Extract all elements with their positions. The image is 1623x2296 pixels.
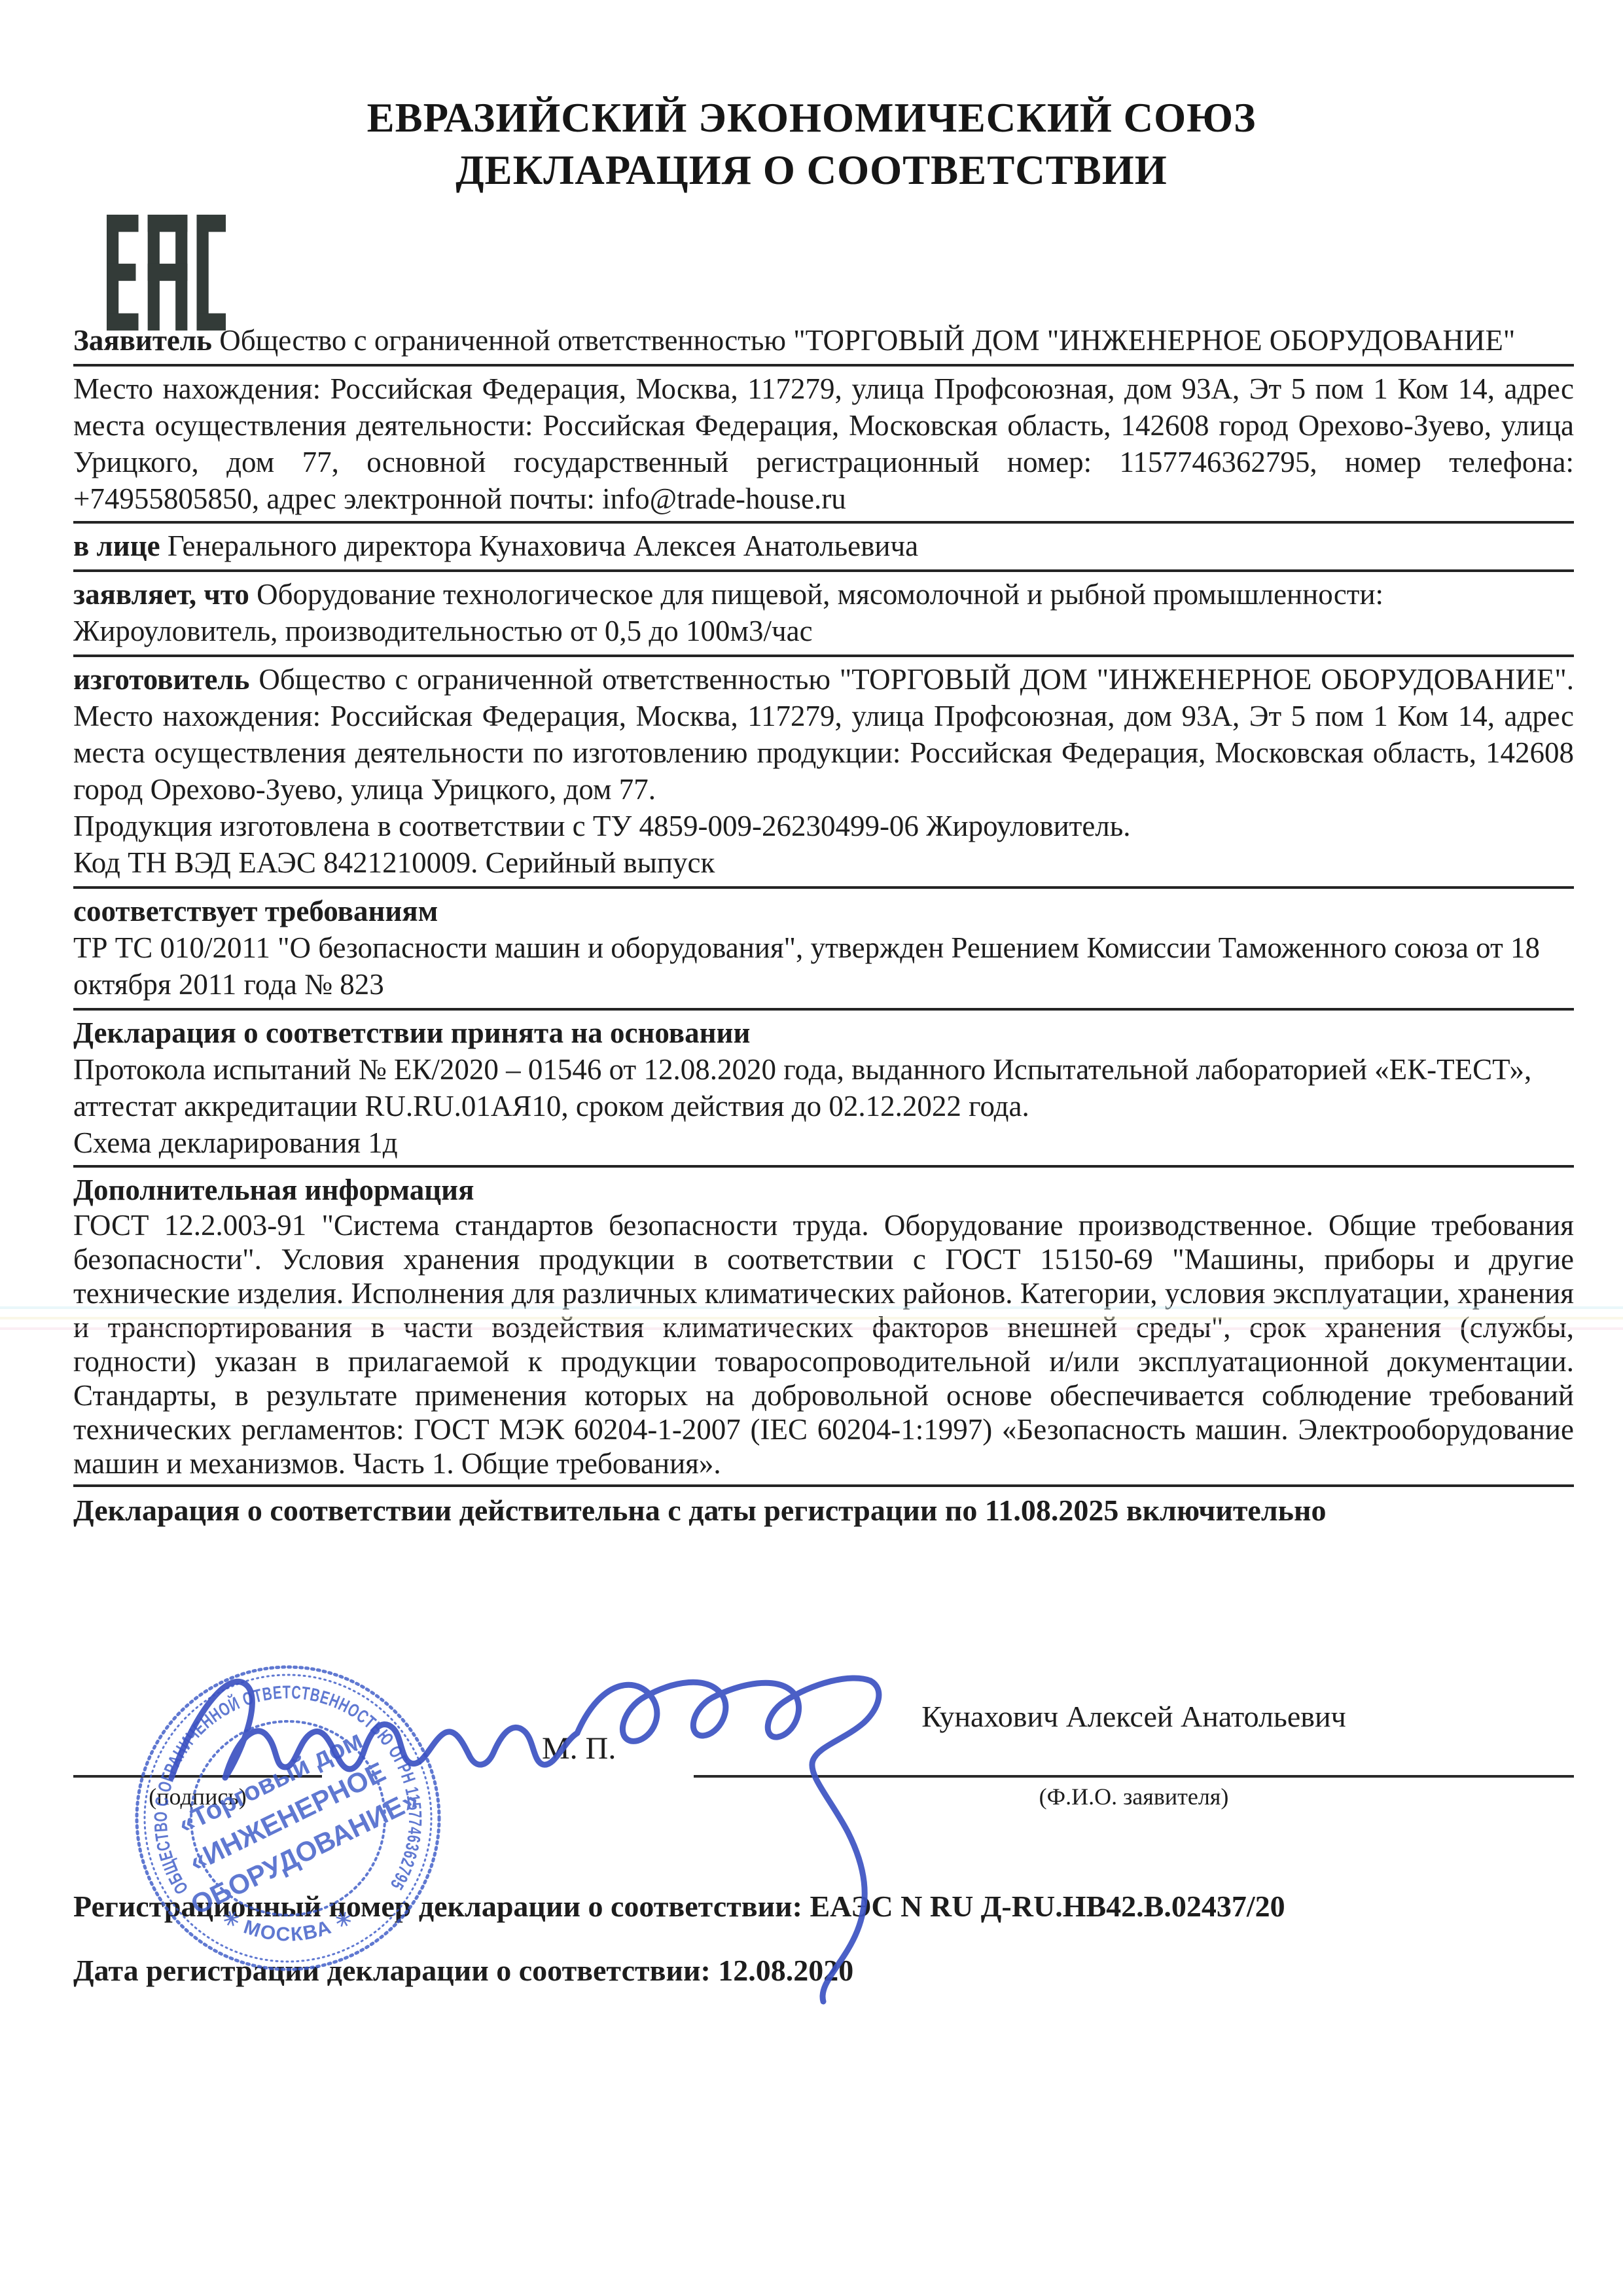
declares-value: Оборудование технологическое для пищевой…: [73, 578, 1383, 647]
declaration-document: ЕВРАЗИЙСКИЙ ЭКОНОМИЧЕСКИЙ СОЮЗ ДЕКЛАРАЦИ…: [0, 0, 1623, 2296]
basis-heading: Декларация о соответствии принята на осн…: [73, 1014, 1574, 1051]
represented-by-value: Генерального директора Кунаховича Алексе…: [168, 529, 918, 562]
tnved-code: Код ТН ВЭД ЕАЭС 8421210009. Серийный вып…: [73, 844, 1574, 881]
section-basis: Декларация о соответствии принята на осн…: [73, 1011, 1574, 1168]
fio-caption: (Ф.И.О. заявителя): [694, 1783, 1574, 1810]
complies-heading: соответствует требованиям: [73, 893, 1574, 929]
complies-text: ТР ТС 010/2011 "О безопасности машин и о…: [73, 929, 1574, 1003]
basis-text: Протокола испытаний № ЕК/2020 – 01546 от…: [73, 1051, 1574, 1124]
registration-date-label: Дата регистрации декларации о соответств…: [73, 1954, 711, 1987]
signature-line: [73, 1775, 322, 1778]
manufacturer-label: изготовитель: [73, 663, 249, 696]
section-complies: соответствует требованиям ТР ТС 010/2011…: [73, 889, 1574, 1011]
registration-number-value: ЕАЭС N RU Д-RU.НВ42.В.02437/20: [810, 1890, 1285, 1923]
applicant-value: Общество с ограниченной ответственностью…: [219, 324, 1515, 357]
section-location: Место нахождения: Российская Федерация, …: [73, 367, 1574, 524]
section-manufacturer: изготовитель Общество с ограниченной отв…: [73, 657, 1574, 889]
stamp-center-line2: «ИНЖЕНЕРНОЕ: [185, 1756, 391, 1878]
scan-artifact-line: [0, 1306, 1623, 1309]
registration-number-label: Регистрационный номер декларации о соотв…: [73, 1890, 802, 1923]
section-applicant: Заявитель Общество с ограниченной ответс…: [73, 322, 1574, 367]
page-title: ЕВРАЗИЙСКИЙ ЭКОНОМИЧЕСКИЙ СОЮЗ ДЕКЛАРАЦИ…: [0, 92, 1623, 196]
declares-label: заявляет, что: [73, 578, 249, 611]
applicant-fio: Кунахович Алексей Анатольевич: [694, 1699, 1574, 1734]
title-union: ЕВРАЗИЙСКИЙ ЭКОНОМИЧЕСКИЙ СОЮЗ: [367, 95, 1257, 141]
document-body: Заявитель Общество с ограниченной ответс…: [0, 322, 1623, 1529]
signature-caption: (подпись): [73, 1783, 322, 1810]
scan-artifact-line: [0, 1317, 1623, 1319]
registration-date-value: 12.08.2020: [718, 1954, 853, 1987]
scan-artifact-line: [0, 1327, 1623, 1330]
registration-date-line: Дата регистрации декларации о соответств…: [73, 1953, 853, 1988]
validity-statement: Декларация о соответствии действительна …: [73, 1487, 1574, 1529]
additional-info-heading: Дополнительная информация: [73, 1172, 1574, 1208]
eac-logo: [107, 215, 226, 331]
seal-place-label: М. П.: [542, 1731, 616, 1767]
section-declares: заявляет, что Оборудование технологическ…: [73, 572, 1574, 657]
company-stamp: ОБЩЕСТВО С ОГРАНИЧЕННОЙ ОТВЕТСТВЕННОСТЬЮ…: [137, 1667, 439, 1969]
title-declaration: ДЕКЛАРАЦИЯ О СООТВЕТСТВИИ: [455, 147, 1168, 193]
registration-number-line: Регистрационный номер декларации о соотв…: [73, 1889, 1285, 1924]
location-text: Место нахождения: Российская Федерация, …: [73, 370, 1574, 517]
section-represented-by: в лице Генерального директора Кунаховича…: [73, 524, 1574, 572]
made-in-accordance: Продукция изготовлена в соответствии с Т…: [73, 808, 1574, 844]
basis-scheme: Схема декларирования 1д: [73, 1124, 1574, 1161]
represented-by-label: в лице: [73, 529, 160, 562]
manufacturer-value: Общество с ограниченной ответственностью…: [73, 663, 1574, 806]
fio-line: [694, 1775, 1574, 1778]
additional-info-text: ГОСТ 12.2.003-91 "Система стандартов без…: [73, 1208, 1574, 1480]
